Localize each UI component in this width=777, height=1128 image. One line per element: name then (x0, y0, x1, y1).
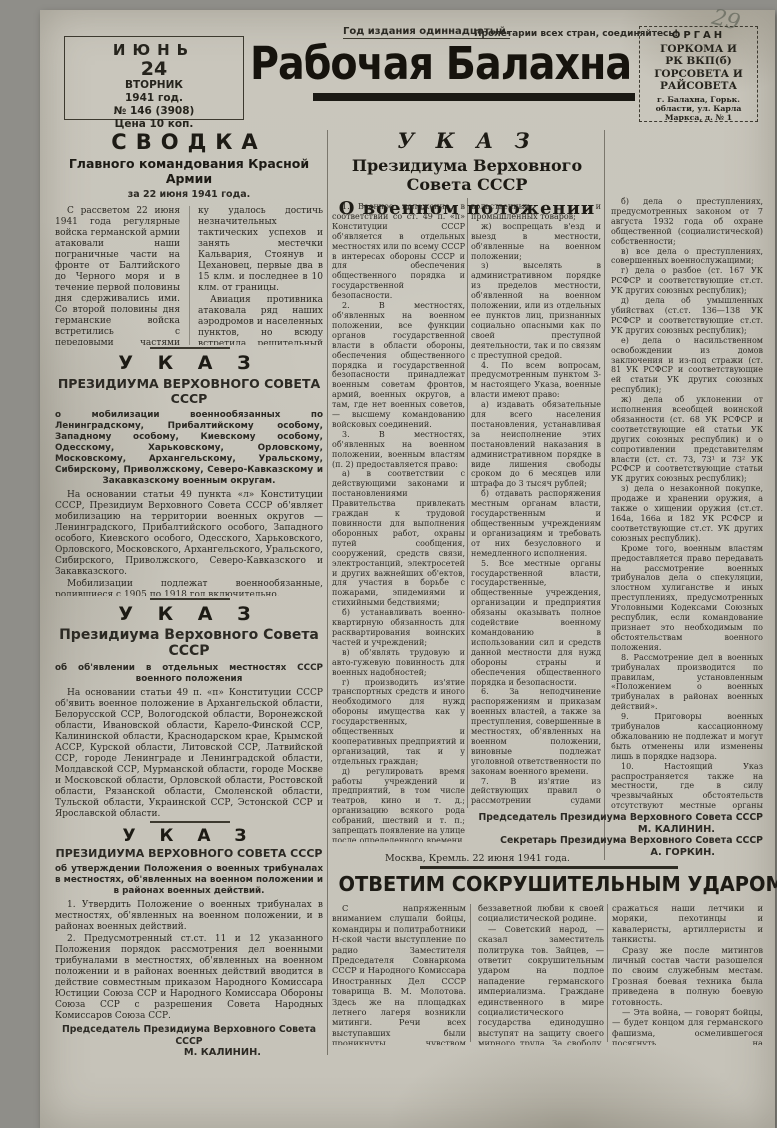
paragraph: сражаться наши летчики и моряки, пехотин… (612, 903, 763, 945)
ukaz-org: ПРЕЗИДИУМА ВЕРХОВНОГО СОВЕТА СССР (55, 376, 323, 406)
paragraph: г) производить из'ятие транспортных сред… (332, 678, 465, 767)
paragraph: ж) воспрещать в'езд и выезд в местности,… (471, 222, 601, 262)
paragraph: 9. Приговоры военных трибуналов кассацио… (611, 712, 763, 762)
paragraph: На основании статьи 49 п. «п» Конституци… (55, 688, 323, 818)
ukaz-title: У К А З (55, 352, 323, 374)
svodka-title: СВОДКА (55, 130, 323, 154)
organ-box: ОРГАНГОРКОМА ИРК ВКП(б)ГОРСОВЕТА ИРАЙСОВ… (639, 26, 758, 122)
svodka-subtitle: Главного командования Красной Армии (55, 156, 323, 186)
ukaz-title: У К А З (330, 128, 604, 153)
column-rule (607, 904, 608, 1042)
section-ukaz-localities: У К А З Президиума Верховного Совета ССС… (55, 603, 323, 818)
paragraph: 10. Настоящий Указ распространяется такж… (611, 762, 763, 812)
section-svodka: СВОДКА Главного командования Красной Арм… (55, 130, 323, 345)
section-ukaz-mobilization: У К А З ПРЕЗИДИУМА ВЕРХОВНОГО СОВЕТА ССС… (55, 352, 323, 596)
svodka-body: С рассветом 22 июня 1941 года регулярные… (55, 206, 323, 345)
dateline: Москва, Кремль. 22 июня 1941 года. (385, 853, 570, 864)
paragraph: 2. Предусмотренный ст.ст. 11 и 12 указан… (55, 934, 323, 1022)
signature-role: Председатель Президиума Верховного Совет… (55, 1024, 323, 1047)
paragraph: ГОРСОВЕТА И (640, 68, 757, 81)
paragraph: г) дела о разбое (ст. 167 УК РСФСР и соо… (611, 266, 763, 296)
newspaper-scan-page: 29 ИЮНЬ 24 ВТОРНИК 1941 год. № 146 (3908… (0, 0, 777, 1128)
paragraph: — Эта война, — говорят бойцы, — будет ко… (612, 1007, 763, 1045)
paragraph: 8. Рассмотрение дел в военных трибуналах… (611, 653, 763, 712)
column-rule (467, 198, 468, 808)
paragraph: ОРГАН (640, 30, 757, 43)
signature-name: М. КАЛИНИН. (418, 824, 763, 836)
martial-law-col3: б) дела о преступлениях, предусмотренных… (611, 197, 763, 812)
ukaz-body: 1. Утвердить Положение о военных трибуна… (55, 900, 323, 1022)
paragraph: РАЙСОВЕТА (640, 80, 757, 93)
paragraph: Сразу же после митингов личный состав ча… (612, 945, 763, 1007)
article-col2: беззаветной любви к своей социалистическ… (478, 903, 604, 1045)
svodka-col2: ку удалось достичь незначительных тактич… (189, 206, 323, 345)
paragraph: ж) дела об уклонении от исполнения всеоб… (611, 395, 763, 484)
paragraph: 3. В местностях, об'явленных на военном … (332, 430, 465, 470)
ukaz-org: Президиума Верховного Совета СССР (55, 627, 323, 659)
paragraph: ку удалось достичь незначительных тактич… (198, 206, 323, 294)
signature-block: Председатель Президиума Верховного Совет… (55, 1024, 323, 1056)
paragraph: 6. За неподчинение распоряжениям и прика… (471, 687, 601, 776)
paragraph: Мобилизации подлежат военнообязанные, ро… (55, 579, 323, 596)
ukaz-lede: об об'явлении в отдельных местностях ССС… (55, 663, 323, 685)
paragraph: ГОРКОМА И (640, 43, 757, 56)
article-rule (420, 866, 678, 869)
ukaz-lede: о мобилизации военнообязанных по Ленингр… (55, 410, 323, 487)
section-ukaz-tribunals: У К А З ПРЕЗИДИУМА ВЕРХОВНОГО СОВЕТА ССС… (55, 826, 323, 1056)
paragraph: б) устанавливать военно-квартирную обяза… (332, 608, 465, 648)
ukaz-body: На основании статьи 49 пункта «л» Консти… (55, 490, 323, 596)
section-divider (150, 598, 230, 600)
paragraph: 5. Все местные органы государственной вл… (471, 559, 601, 688)
paragraph: РК ВКП(б) (640, 55, 757, 68)
paragraph: 2. В местностях, об'явленных на военном … (332, 301, 465, 430)
section-divider (150, 347, 230, 349)
date-box: ИЮНЬ 24 ВТОРНИК 1941 год. № 146 (3908) Ц… (64, 36, 244, 120)
column-rule (327, 130, 328, 1055)
paragraph: з) выселять в административном порядке и… (471, 261, 601, 360)
martial-law-col2: вольственных и промышленных товаров;ж) в… (471, 202, 601, 808)
masthead-bar (313, 93, 635, 101)
paragraph: а) в соответствии с действующими законам… (332, 469, 465, 608)
paragraph: вольственных и промышленных товаров; (471, 202, 601, 222)
paragraph: — Советский народ, — сказал заместитель … (478, 924, 604, 1045)
organ-lines: ОРГАНГОРКОМА ИРК ВКП(б)ГОРСОВЕТА ИРАЙСОВ… (640, 30, 757, 93)
ukaz-body: На основании статьи 49 п. «п» Конституци… (55, 688, 323, 818)
date-year: 1941 год. (65, 92, 243, 105)
paragraph: в) все дела о преступлениях, совершенных… (611, 247, 763, 267)
column-rule (470, 904, 471, 1042)
article-title: ОТВЕТИМ СОКРУШИТЕЛЬНЫМ УДАРОМ (338, 872, 757, 896)
paragraph: Авиация противника атаковала ряд наших а… (198, 295, 323, 345)
issue-number: № 146 (3908) (65, 105, 243, 118)
paragraph: б) отдавать распоряжения местным органам… (471, 489, 601, 558)
paragraph: в) об'являть трудовую и авто-гужевую пов… (332, 648, 465, 678)
paragraph: С напряженным вниманием слушали бойцы, к… (332, 903, 466, 1045)
paragraph: б) дела о преступлениях, предусмотренных… (611, 197, 763, 247)
organ-address: г. Балахна, Горьк. области, ул. Карла Ма… (640, 95, 757, 122)
paragraph: беззаветной любви к своей социалистическ… (478, 903, 604, 924)
paragraph: з) дела о незаконной покупке, продаже и … (611, 484, 763, 543)
paragraph: На основании статьи 49 пункта «л» Консти… (55, 490, 323, 578)
martial-law-col1: 1. Военное положение, в соответствии со … (332, 202, 465, 842)
ukaz-title: У К А З (55, 603, 323, 625)
article-col1: С напряженным вниманием слушали бойцы, к… (332, 903, 466, 1045)
signature-name: М. КАЛИНИН. (55, 1047, 323, 1056)
paragraph: 1. Утвердить Положение о военных трибуна… (55, 900, 323, 933)
paragraph: а) издавать обязательные для всего насел… (471, 400, 601, 489)
signature-role: Секретарь Президиума Верховного Совета С… (418, 835, 763, 847)
section-divider (150, 821, 230, 823)
signature-role: Председатель Президиума Верховного Совет… (418, 812, 763, 824)
date-month: ИЮНЬ (65, 41, 243, 59)
paragraph: д) дела об умышленных убийствах (ст.ст. … (611, 296, 763, 336)
svodka-col1: С рассветом 22 июня 1941 года регулярные… (55, 206, 180, 345)
ukaz-title: У К А З (55, 826, 323, 846)
paragraph: Кроме того, военным властям предоставляе… (611, 544, 763, 653)
paragraph: С рассветом 22 июня 1941 года регулярные… (55, 206, 180, 345)
column-rule (604, 130, 605, 860)
paragraph: 1. Военное положение, в соответствии со … (332, 202, 465, 301)
paragraph: е) дела о насильственном освобождении из… (611, 336, 763, 395)
ukaz-org: ПРЕЗИДИУМА ВЕРХОВНОГО СОВЕТА СССР (55, 847, 323, 860)
ukaz-org: Президиума Верховного Совета СССР (330, 156, 604, 194)
paragraph: 4. По всем вопросам, предусмотренным пун… (471, 361, 601, 401)
signature-block: Председатель Президиума Верховного Совет… (418, 812, 763, 858)
paragraph: 7. В из'ятие из действующих правил о рас… (471, 777, 601, 808)
ukaz-lede: об утверждении Положения о военных трибу… (55, 864, 323, 897)
svodka-dateline: за 22 июня 1941 года. (55, 189, 323, 200)
date-day: 24 (65, 59, 243, 79)
date-weekday: ВТОРНИК (65, 79, 243, 92)
article-col3: сражаться наши летчики и моряки, пехотин… (612, 903, 763, 1045)
